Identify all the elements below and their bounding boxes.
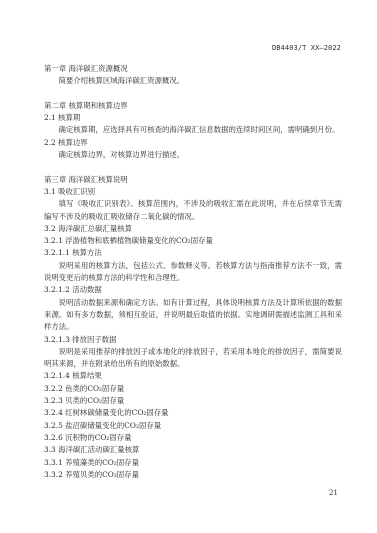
section-3-2-2-title: 3.2.2 鱼类的CO₂固存量 <box>44 383 342 395</box>
section-3-2-6-title: 3.2.6 沉积物的CO₂固存量 <box>44 432 342 444</box>
chapter-1-title: 第一章 海洋碳汇资源概况 <box>44 63 342 75</box>
chapter-2-title: 第二章 核算期和核算边界 <box>44 100 342 112</box>
section-3-2-3-title: 3.2.3 贝类的CO₂固存量 <box>44 395 342 407</box>
section-3-2-1-2-title: 3.2.1.2 活动数据 <box>44 284 342 296</box>
section-3-3-1-title: 3.3.1 养殖藻类的CO₂固存量 <box>44 457 342 469</box>
section-2-1-title: 2.1 核算期 <box>44 112 342 124</box>
section-3-2-1-1-title: 3.2.1.1 核算方法 <box>44 247 342 259</box>
section-3-2-1-title: 3.2.1 浮游植物和底栖植物碳储量变化的CO₂固存量 <box>44 235 342 247</box>
chapter-1-body: 简要介绍核算区域海洋碳汇资源概况。 <box>44 75 342 87</box>
section-3-2-1-3-title: 3.2.1.3 排放因子数据 <box>44 334 342 346</box>
section-3-2-4-title: 3.2.4 红树林碳储量变化的CO₂固存量 <box>44 407 342 419</box>
section-3-2-1-2-body: 说明活动数据来源和确定方法。如有计算过程，具体说明核算方法及计算所依据的数据来源… <box>44 297 342 334</box>
section-3-1-body: 填写《吸收汇识别表》。核算范围内，不涉及的吸收汇需在此说明，并在后续章节无需编写… <box>44 198 342 223</box>
spacer <box>44 88 342 100</box>
section-3-1-title: 3.1 吸收汇识别 <box>44 186 342 198</box>
section-3-3-2-title: 3.3.2 养殖贝类的CO₂固存量 <box>44 469 342 481</box>
page-number: 21 <box>329 489 338 497</box>
section-2-2-title: 2.2 核算边界 <box>44 137 342 149</box>
spacer <box>44 161 342 173</box>
section-2-1-body: 确定核算期，应选择具有可核查的海洋碳汇信息数据的连续时间区间，需明确到月份。 <box>44 124 342 136</box>
section-3-2-1-1-body: 说明采用的核算方法，包括公式、参数释义等。若核算方法与指南推荐方法不一致，需说明… <box>44 260 342 285</box>
section-3-2-title: 3.2 海洋碳汇总碳汇量核算 <box>44 223 342 235</box>
section-3-2-1-4-title: 3.2.1.4 核算结果 <box>44 370 342 382</box>
document-page: DB4403/T XX—2022 第一章 海洋碳汇资源概况 简要介绍核算区域海洋… <box>0 0 377 533</box>
chapter-3-title: 第三章 海洋碳汇核算说明 <box>44 174 342 186</box>
section-3-3-title: 3.3 海洋碳汇活动碳汇量核算 <box>44 444 342 456</box>
document-code: DB4403/T XX—2022 <box>272 44 341 52</box>
section-3-2-1-3-body: 说明是采用推荐的排放因子或本地化的排放因子，若采用本地化的排放因子，需简要说明其… <box>44 346 342 371</box>
section-3-2-5-title: 3.2.5 盐沼碳储量变化的CO₂固存量 <box>44 420 342 432</box>
section-2-2-body: 确定核算边界，对核算边界进行描述。 <box>44 149 342 161</box>
document-body: 第一章 海洋碳汇资源概况 简要介绍核算区域海洋碳汇资源概况。 第二章 核算期和核… <box>44 63 342 481</box>
